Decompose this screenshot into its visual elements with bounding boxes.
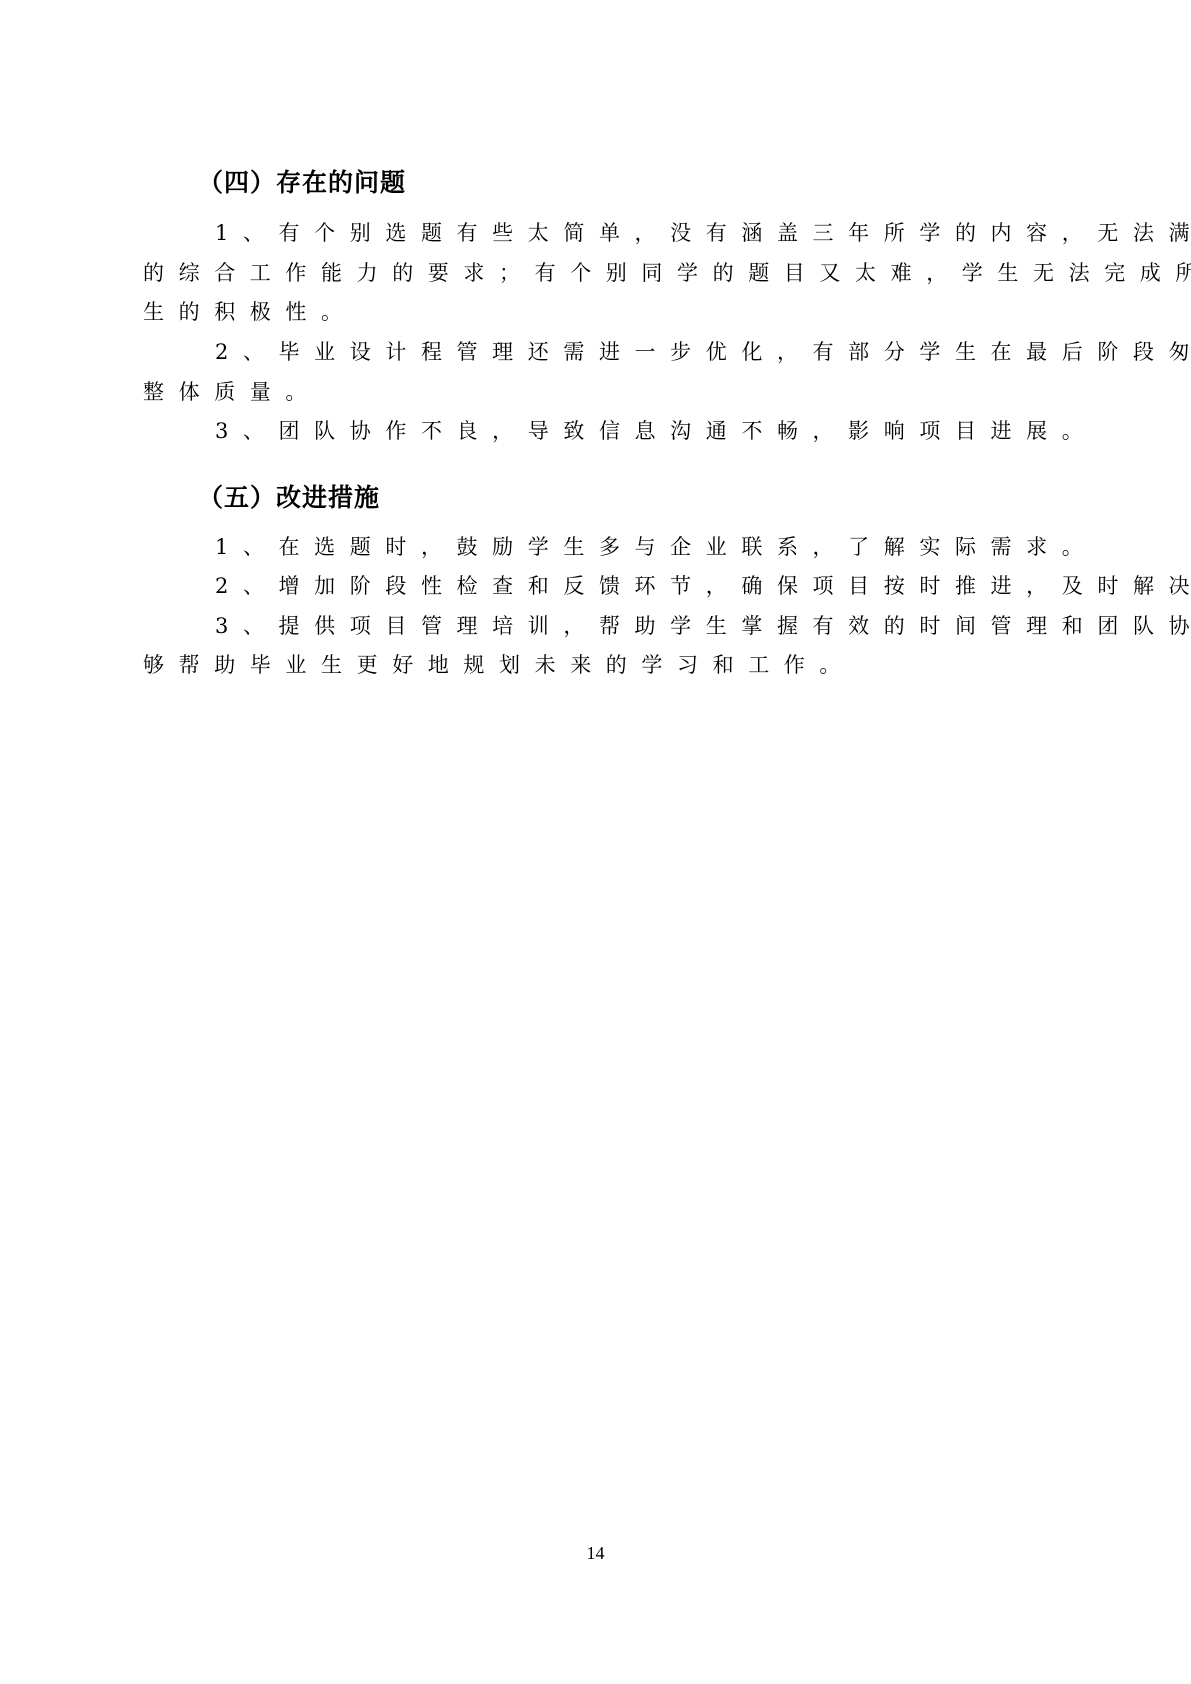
improvement-1-line-1: 1、在选题时，鼓励学生多与企业联系，了解实际需求。 <box>215 532 1120 562</box>
problem-1-line-2: 的综合工作能力的要求；有个别同学的题目又太难，学生无法完成所有功能，打击了学 <box>143 258 1048 288</box>
document-page: （四）存在的问题 1、有个别选题有些太简单，没有涵盖三年所学的内容，无法满足专业… <box>0 0 1191 1684</box>
problem-2-line-2: 整体质量。 <box>143 377 1048 407</box>
problem-2-line-1: 2、毕业设计程管理还需进一步优化，有部分学生在最后阶段匆忙完成，影响了 <box>215 337 1120 367</box>
problem-1-line-1: 1、有个别选题有些太简单，没有涵盖三年所学的内容，无法满足专业技术岗位 <box>215 218 1120 248</box>
improvement-3-line-1: 3、提供项目管理培训，帮助学生掌握有效的时间管理和团队协作技巧。这样能 <box>215 611 1120 641</box>
section-heading-problems: （四）存在的问题 <box>198 163 406 199</box>
page-number: 14 <box>0 1543 1191 1564</box>
improvement-3-line-2: 够帮助毕业生更好地规划未来的学习和工作。 <box>143 650 1048 680</box>
problem-3-line-1: 3、团队协作不良，导致信息沟通不畅，影响项目进展。 <box>215 416 1120 446</box>
problem-1-line-3: 生的积极性。 <box>143 297 1048 327</box>
section-heading-improvements: （五）改进措施 <box>198 478 380 514</box>
improvement-2-line-1: 2、增加阶段性检查和反馈环节，确保项目按时推进，及时解决问题。 <box>215 571 1120 601</box>
